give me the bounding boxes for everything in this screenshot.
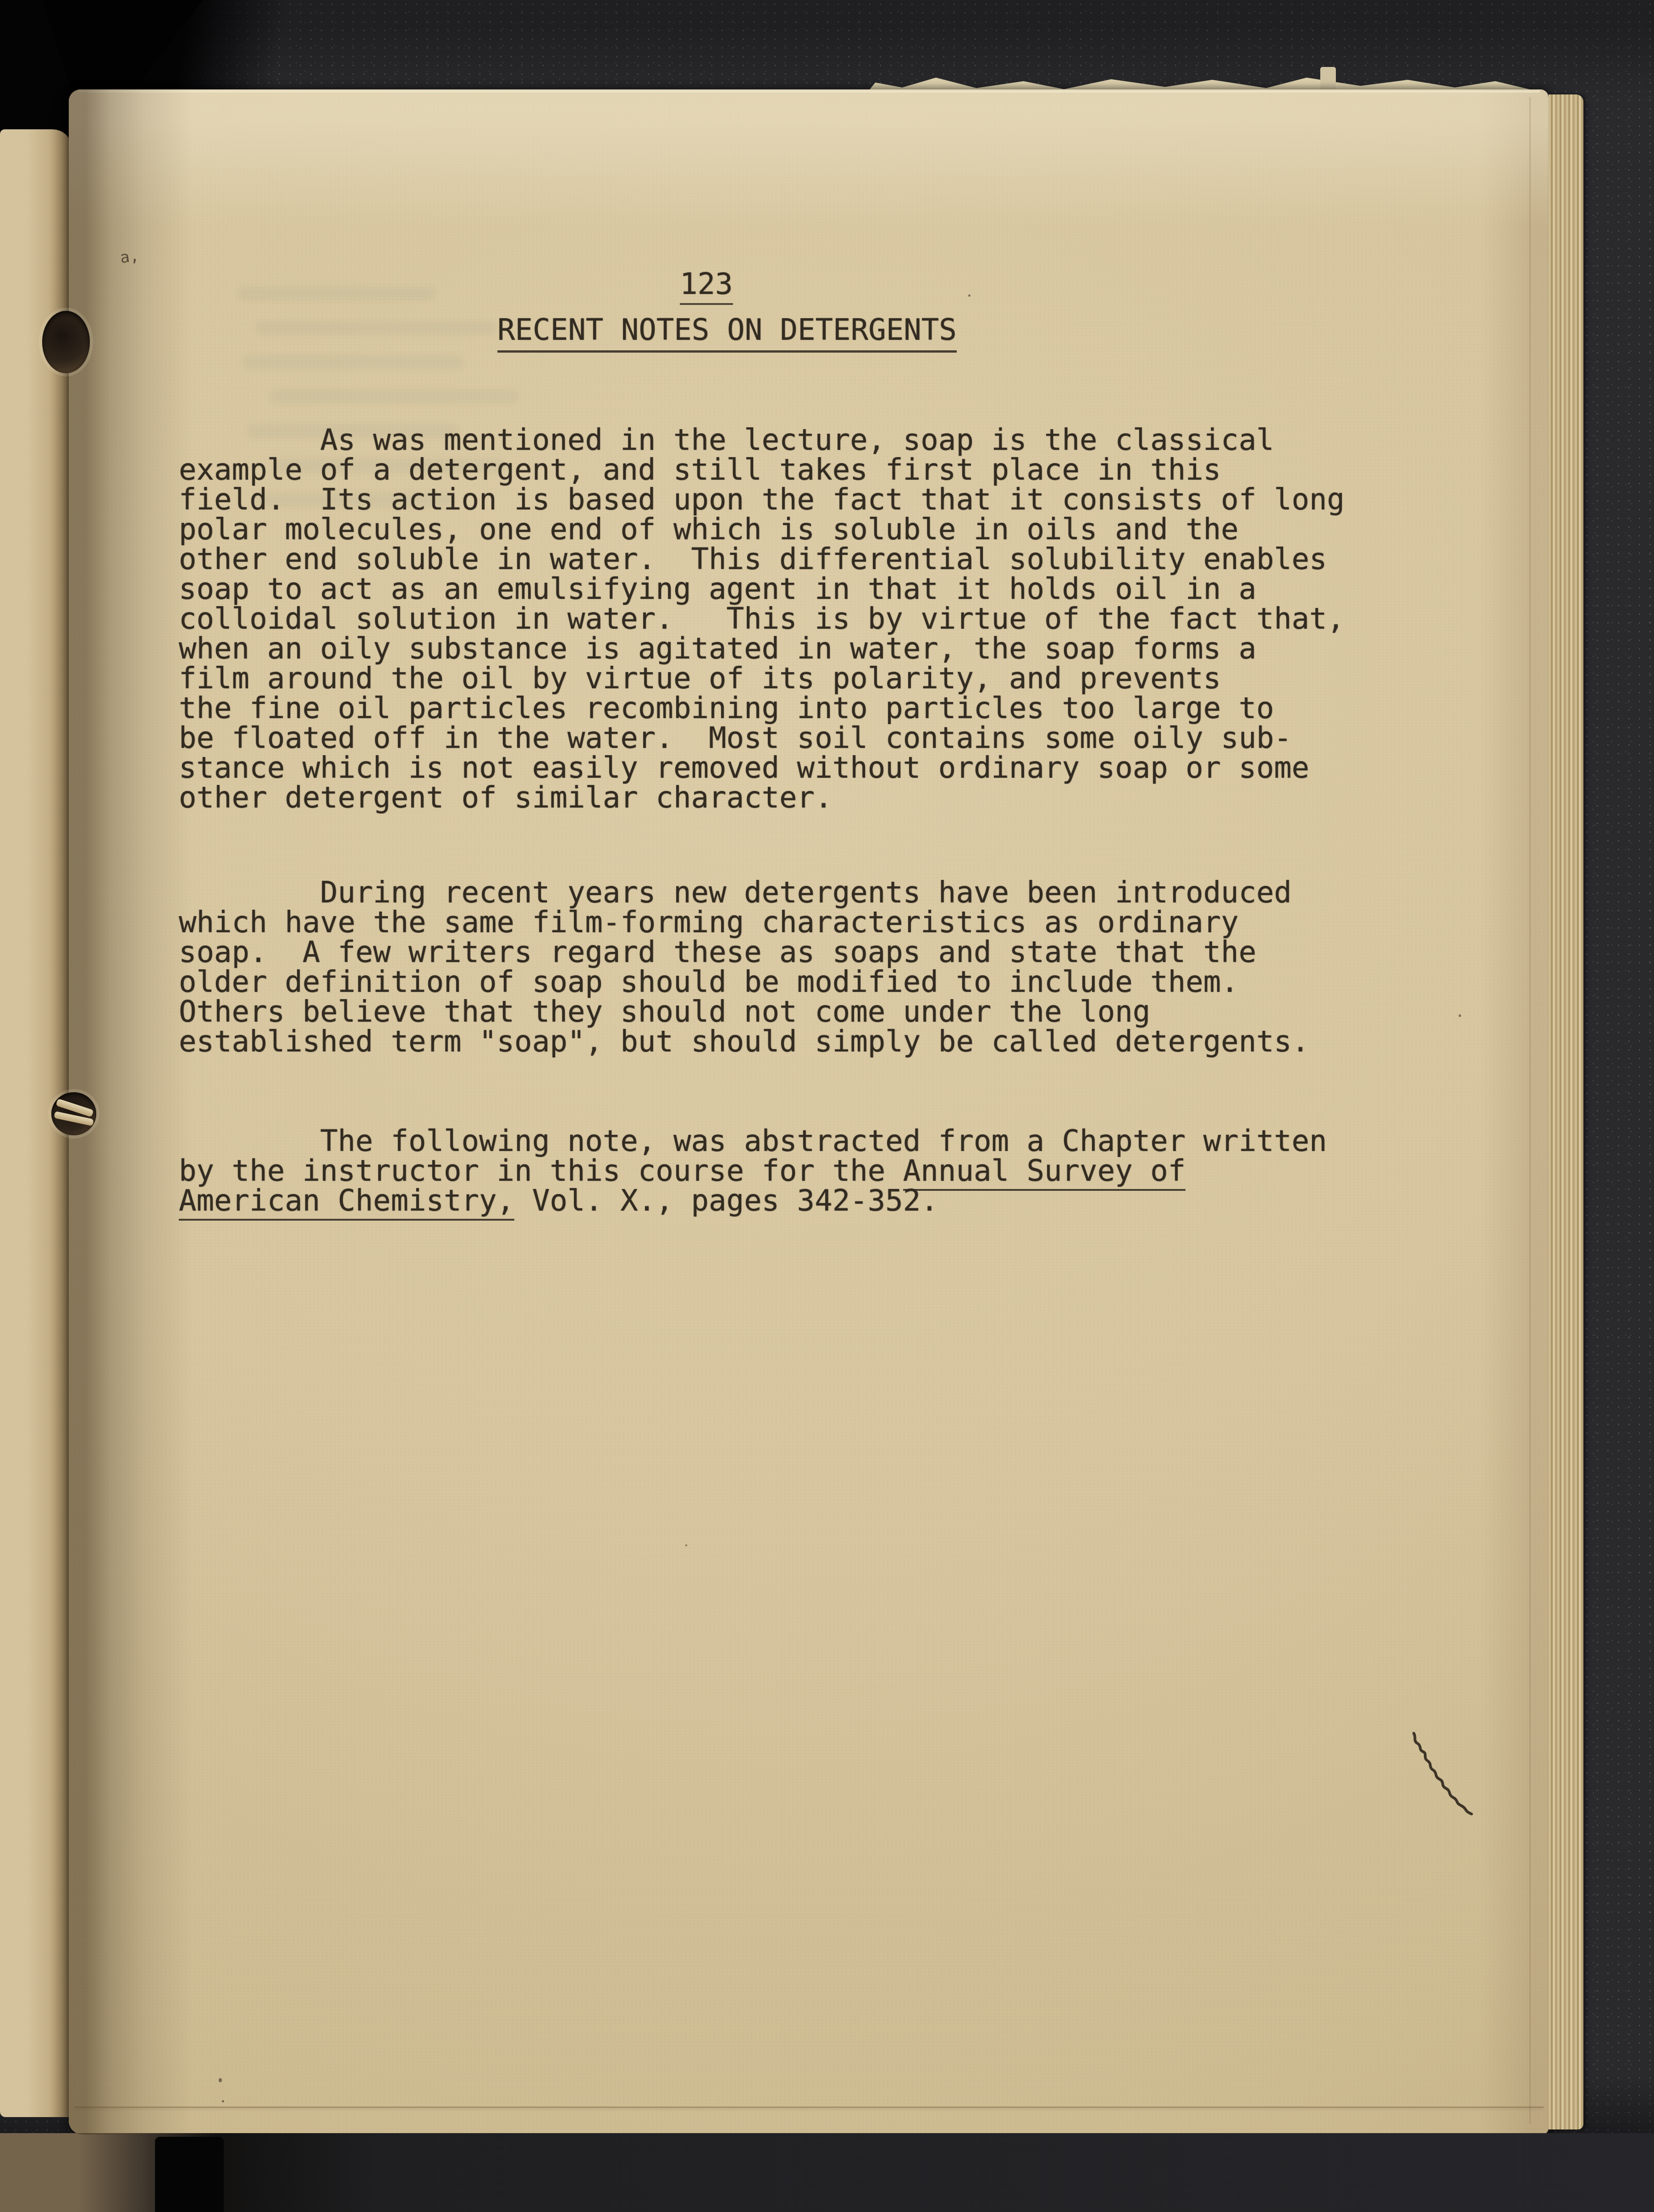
text-line: other end soluble in water. This differe… <box>179 545 1345 575</box>
text-line: older definition of soap should be modif… <box>179 968 1345 997</box>
punch-hole-bottom <box>51 1092 96 1135</box>
stray-typed-mark: a, <box>119 246 140 267</box>
text-line: soap. A few writers regard these as soap… <box>179 938 1345 968</box>
stacked-page-edges <box>1549 94 1583 2129</box>
ink-bleedthrough <box>243 355 463 369</box>
bottom-crease-line <box>74 2107 1544 2108</box>
paragraph-2: During recent years new detergents have … <box>179 878 1345 1057</box>
paper-tab <box>1320 67 1336 92</box>
text-line: other detergent of similar character. <box>179 783 1345 813</box>
ink-bleedthrough <box>238 287 436 300</box>
paragraph-1: As was mentioned in the lecture, soap is… <box>179 426 1345 813</box>
text-line: when an oily substance is agitated in wa… <box>179 634 1345 664</box>
text-line: which have the same film-forming charact… <box>179 908 1345 938</box>
text-line: As was mentioned in the lecture, soap is… <box>179 426 1345 455</box>
dust-speck <box>1459 1014 1461 1017</box>
background-bottom-band <box>0 2133 1654 2212</box>
text-line: colloidal solution in water. This is by … <box>179 604 1345 634</box>
text-line: field. Its action is based upon the fact… <box>179 485 1345 515</box>
text-line: the fine oil particles recombining into … <box>179 694 1345 724</box>
right-crease-line <box>1529 97 1531 2124</box>
ink-squiggle-mark <box>1407 1728 1485 1824</box>
ink-bleedthrough <box>270 390 518 404</box>
dust-speck <box>685 1544 687 1546</box>
text-line: polar molecules, one end of which is sol… <box>179 515 1345 545</box>
text-line: During recent years new detergents have … <box>179 878 1345 908</box>
text-block: As was mentioned in the lecture, soap is… <box>179 426 1345 1216</box>
dust-speck <box>968 294 970 297</box>
text-line: established term "soap", but should simp… <box>179 1027 1345 1057</box>
text-line: by the instructor in this course for the… <box>179 1156 1345 1186</box>
text-line: soap to act as an emulsifying agent in t… <box>179 575 1345 604</box>
text-line: example of a detergent, and still takes … <box>179 455 1345 485</box>
ink-bleedthrough <box>257 321 495 335</box>
text-line: Others believe that they should not come… <box>179 997 1345 1027</box>
dust-speck <box>222 2100 224 2102</box>
paragraph-3: The following note, was abstracted from … <box>179 1127 1345 1216</box>
scanned-document-page: 123 RECENT NOTES ON DETERGENTS As was me… <box>0 0 1654 2212</box>
page-title: RECENT NOTES ON DETERGENTS <box>497 315 957 345</box>
text-line: stance which is not easily removed witho… <box>179 753 1345 783</box>
text-line: The following note, was abstracted from … <box>179 1127 1345 1156</box>
punch-hole-top <box>42 311 90 373</box>
text-line: be floated off in the water. Most soil c… <box>179 724 1345 753</box>
dust-speck <box>219 2078 222 2082</box>
page-number: 123 <box>680 270 733 299</box>
page-top-edge-highlight <box>78 90 1540 93</box>
text-line: film around the oil by virtue of its pol… <box>179 664 1345 694</box>
binder-rod-bottom <box>155 2137 224 2212</box>
